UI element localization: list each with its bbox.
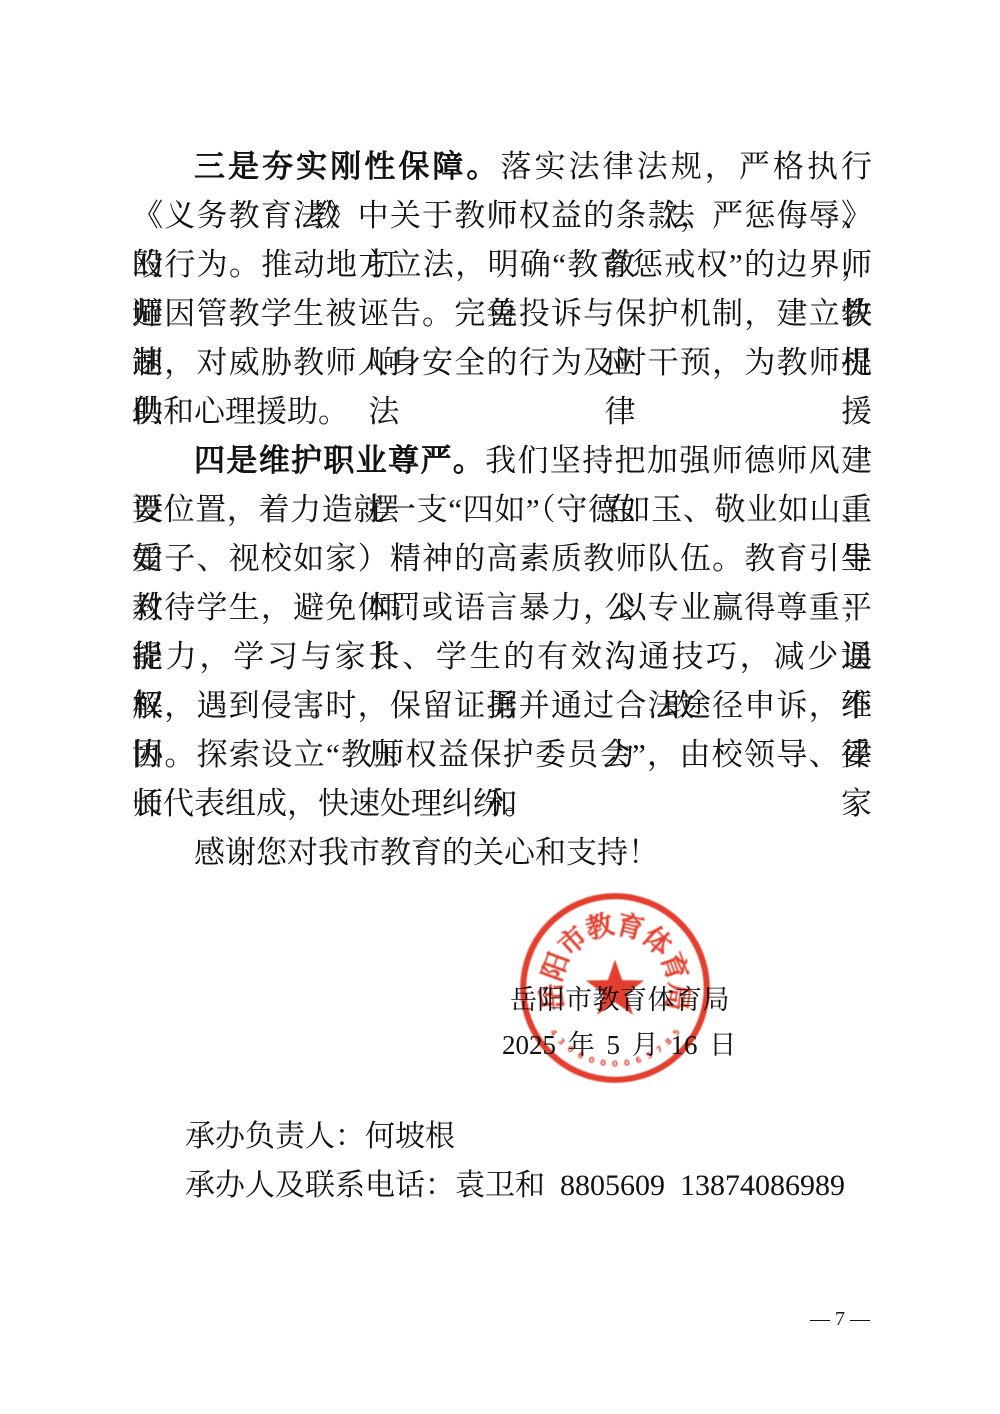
contact-handler-line: 承办人及联系电话：袁卫和 8805609 13874086989	[185, 1161, 845, 1210]
body-line: 能力，学习与家长、学生的有效沟通技巧，减少误解。勇敢维	[132, 632, 872, 681]
body-line: 要位置，着力造就一支“四如”（守德如玉、敬业如山、爱生	[132, 485, 872, 534]
stamp-arc-char: 岳	[535, 981, 570, 1013]
contact-manager-line: 承办负责人：何坡根	[185, 1112, 845, 1161]
stamp-star-icon	[586, 959, 644, 1014]
body-line: 如子、视校如家）精神的高素质教师队伍。教育引导教师公平	[132, 534, 872, 583]
official-seal-stamp: 岳 阳 市 教 育 体 育 局 4 3 0 6 0 0 0 0 6 5 7 8 …	[513, 886, 717, 1090]
closing-line: 感谢您对我市教育的关心和支持！	[132, 828, 872, 877]
stamp-serial-char: 0	[565, 1043, 576, 1055]
body-line: 权，遇到侵害时，保留证据并通过合法途径申诉，不因压力妥	[132, 681, 872, 730]
body-line: 四是维护职业尊严。我们坚持把加强师德师风建设摆在重	[132, 436, 872, 485]
body-line: 的行为。推动地方立法，明确“教育惩戒权”的边界，避免教	[132, 240, 872, 289]
stamp-serial-char: 7	[654, 1043, 665, 1055]
stamp-serial-char: 4	[548, 1027, 560, 1038]
document-page: 三是夯实刚性保障。落实法律法规，严格执行《教师法》 《义务教育法》中关于教师权益…	[0, 0, 1000, 1414]
body-line: 《义务教育法》中关于教师权益的条款，严惩侮辱、殴打教师	[132, 191, 872, 240]
stamp-serial-char: 5	[644, 1049, 654, 1061]
contact-block: 承办负责人：何坡根 承办人及联系电话：袁卫和 8805609 138740869…	[185, 1112, 845, 1210]
body-line: 对待学生，避免体罚或语言暴力，以专业赢得尊重；提升沟通	[132, 583, 872, 632]
stamp-serial-char: 0	[587, 1054, 596, 1065]
stamp-arc-char: 教	[583, 908, 618, 945]
body-text: 三是夯实刚性保障。落实法律法规，严格执行《教师法》 《义务教育法》中关于教师权益…	[132, 142, 872, 877]
stamp-serial-char: 3	[556, 1036, 567, 1047]
paragraph-lead: 四是维护职业尊严。	[194, 443, 485, 478]
body-line: 协。探索设立“教师权益保护委员会”，由校领导、律师和家	[132, 730, 872, 779]
stamp-serial-char: 6	[576, 1049, 586, 1061]
stamp-serial: 4 3 0 6 0 0 0 0 6 5 7 8 5	[548, 1027, 682, 1069]
stamp-serial-char: 5	[670, 1027, 682, 1038]
stamp-serial-char: 0	[623, 1057, 630, 1068]
stamp-serial-char: 8	[663, 1036, 674, 1047]
page-number: — 7 —	[810, 1308, 870, 1331]
body-line: 师因管教学生被诬告。完善投诉与保护机制，建立快速响应机	[132, 289, 872, 338]
stamp-serial-char: 0	[600, 1057, 607, 1068]
body-line: 三是夯实刚性保障。落实法律法规，严格执行《教师法》	[132, 142, 872, 191]
paragraph-lead: 三是夯实刚性保障。	[194, 149, 500, 184]
stamp-arc-char: 局	[660, 981, 695, 1013]
body-line: 制，对威胁教师人身安全的行为及时干预，为教师提供法律援	[132, 338, 872, 387]
stamp-serial-char: 6	[634, 1054, 643, 1065]
stamp-serial-char: 0	[612, 1058, 618, 1068]
